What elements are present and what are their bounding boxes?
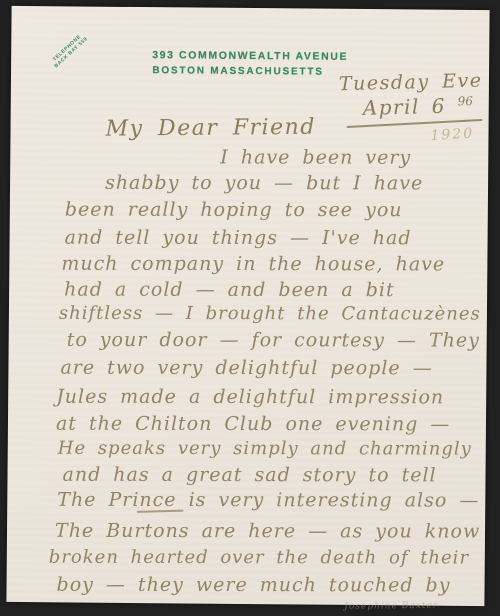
letter-body-line: The Prince is very interesting also —	[57, 489, 479, 512]
letter-body-line: been really hoping to see you	[65, 199, 403, 222]
letter-body-line: boy — they were much touched by	[57, 574, 451, 597]
letter-body-line: The Burtons are here — as you know	[55, 520, 480, 543]
letter-body-line: He speaks very simply and charmingly	[58, 438, 472, 460]
letter-body-line: I have been very	[220, 146, 411, 168]
letter-body-line: shabby to you — but I have	[105, 172, 423, 195]
letter-body-line: broken hearted over the death of their	[49, 547, 469, 569]
letter-body-line: and has a great sad story to tell	[63, 464, 437, 487]
pencil-year-annotation: 1920	[430, 125, 475, 144]
photo-frame: TELEPHONE BACK BAY 559 393 COMMONWEALTH …	[0, 0, 500, 616]
letter-paper: TELEPHONE BACK BAY 559 393 COMMONWEALTH …	[6, 6, 489, 606]
letter-body-line: are two very delightful people —	[60, 357, 432, 380]
letter-body-line: much company in the house, have	[61, 253, 445, 276]
pencil-name-annotation: Josephine Baxter	[344, 601, 438, 612]
letter-body-line: Jules made a delightful impression	[56, 386, 444, 409]
handwritten-date-day: Tuesday Eve	[339, 70, 483, 96]
very-underline-stroke	[137, 510, 183, 513]
letter-greeting: My Dear Friend	[105, 115, 316, 142]
date-month-day: April 6	[362, 94, 446, 120]
letter-body-line: to your door — for courtesy — They	[67, 329, 480, 352]
letterhead-address: 393 COMMONWEALTH AVENUE	[11, 48, 489, 64]
letter-body-line: at the Chilton Club one evening —	[56, 413, 450, 436]
letter-body-line: and tell you things — I've had	[65, 227, 412, 250]
letter-body-line: shiftless — I brought the Cantacuzènes	[59, 303, 481, 325]
date-superscript: 96	[457, 94, 473, 108]
handwritten-date: April 6 96	[362, 93, 473, 120]
letter-body-line: had a cold — and been a bit	[64, 279, 395, 302]
